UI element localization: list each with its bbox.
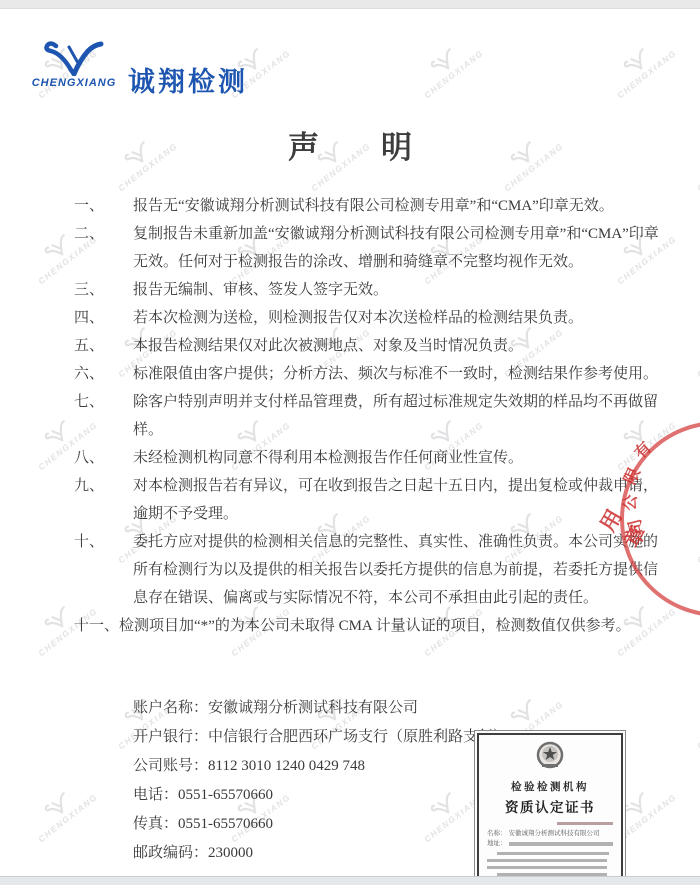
statement-number: 七、 bbox=[74, 388, 133, 444]
logo-chinese-text: 诚翔检测 bbox=[128, 60, 248, 99]
contact-value: 0551-65570660 bbox=[178, 816, 273, 832]
watermark-v-icon bbox=[42, 232, 76, 264]
chengxiang-watermark: CHENGXIANG bbox=[674, 305, 700, 387]
certificate-text-bar bbox=[497, 852, 609, 856]
statement-text: 本报告检测结果仅对此次被测地点、对象及当时情况负责。 bbox=[133, 332, 663, 360]
statement-item: 三、 报告无编制、审核、签发人签字无效。 bbox=[74, 276, 663, 304]
statement-number: 五、 bbox=[74, 332, 133, 360]
statement-item: 五、 本报告检测结果仅对此次被测地点、对象及当时情况负责。 bbox=[74, 332, 663, 360]
certificate-address-label: 地址： bbox=[487, 840, 507, 848]
statement-text: 对本检测报告若有异议，可在收到报告之日起十五日内，提出复检或仲裁申请，逾期不予受… bbox=[133, 472, 663, 528]
statement-item: 六、 标准限值由客户提供；分析方法、频次与标准不一致时，检测结果作参考使用。 bbox=[74, 360, 663, 388]
national-emblem-icon bbox=[536, 741, 564, 771]
certificate-subtitle: 检验检测机构 bbox=[479, 779, 621, 794]
certificate-name-value: 安徽诚翔分析测试科技有限公司 bbox=[509, 830, 600, 838]
contact-row: 账户名称：安徽诚翔分析测试科技有限公司 bbox=[133, 694, 508, 723]
contact-value: 中信银行合肥西环广场支行（原胜利路支行） bbox=[208, 729, 508, 745]
statement-number: 六、 bbox=[74, 360, 133, 388]
contact-label: 传真： bbox=[133, 816, 178, 832]
certificate-title: 资质认定证书 bbox=[479, 796, 621, 816]
watermark-v-icon bbox=[508, 697, 542, 729]
page-top-edge bbox=[0, 0, 700, 9]
certificate-name-label: 名称： bbox=[487, 830, 507, 838]
statement-number: 一、 bbox=[74, 192, 133, 220]
watermark-v-icon bbox=[42, 604, 76, 636]
qualification-certificate: 检验检测机构 资质认定证书 名称： 安徽诚翔分析测试科技有限公司 地址： bbox=[474, 730, 626, 880]
certificate-name-field: 名称： 安徽诚翔分析测试科技有限公司 bbox=[487, 830, 613, 838]
contact-row: 邮政编码：230000 bbox=[133, 839, 508, 868]
contact-value: 8112 3010 1240 0429 748 bbox=[208, 758, 365, 774]
watermark-v-icon bbox=[42, 418, 76, 450]
statement-text: 检测项目加“*”的为本公司未取得 CMA 计量认证的项目，检测数值仅供参考。 bbox=[119, 612, 663, 640]
statement-text: 除客户特别声明并支付样品管理费，所有超过标准规定失效期的样品均不再做留样。 bbox=[133, 388, 663, 444]
contact-row: 公司账号：8112 3010 1240 0429 748 bbox=[133, 752, 508, 781]
watermark-v-icon bbox=[621, 46, 655, 78]
chengxiang-watermark: CHENGXIANG bbox=[674, 491, 700, 573]
contact-value: 安徽诚翔分析测试科技有限公司 bbox=[208, 700, 418, 716]
statement-text: 复制报告未重新加盖“安徽诚翔分析测试科技有限公司检测专用章”和“CMA”印章无效… bbox=[133, 220, 663, 276]
certificate-number-bar bbox=[557, 822, 613, 825]
statement-number: 九、 bbox=[74, 472, 133, 528]
statement-number: 八、 bbox=[74, 444, 133, 472]
logo-v-icon bbox=[42, 40, 106, 76]
certificate-address-field: 地址： bbox=[487, 840, 613, 848]
statement-text: 标准限值由客户提供；分析方法、频次与标准不一致时，检测结果作参考使用。 bbox=[133, 360, 663, 388]
contact-row: 电话：0551-65570660 bbox=[133, 781, 508, 810]
statement-text: 报告无“安徽诚翔分析测试科技有限公司检测专用章”和“CMA”印章无效。 bbox=[133, 192, 663, 220]
statement-item: 九、 对本检测报告若有异议，可在收到报告之日起十五日内，提出复检或仲裁申请，逾期… bbox=[74, 472, 663, 528]
page-title: 声 明 bbox=[0, 122, 700, 167]
chengxiang-watermark: CHENGXIANG bbox=[674, 677, 700, 759]
certificate-frame: 检验检测机构 资质认定证书 名称： 安徽诚翔分析测试科技有限公司 地址： bbox=[477, 733, 623, 878]
statement-item: 二、 复制报告未重新加盖“安徽诚翔分析测试科技有限公司检测专用章”和“CMA”印… bbox=[74, 220, 663, 276]
statement-list: 一、 报告无“安徽诚翔分析测试科技有限公司检测专用章”和“CMA”印章无效。 二… bbox=[74, 192, 663, 640]
watermark-v-icon bbox=[621, 790, 655, 822]
contact-label: 电话： bbox=[133, 787, 178, 803]
contact-label: 开户银行： bbox=[133, 729, 208, 745]
certificate-address-bar bbox=[509, 842, 614, 846]
contact-info: 账户名称：安徽诚翔分析测试科技有限公司 开户银行：中信银行合肥西环广场支行（原胜… bbox=[133, 694, 508, 868]
statement-item: 一、 报告无“安徽诚翔分析测试科技有限公司检测专用章”和“CMA”印章无效。 bbox=[74, 192, 663, 220]
statement-text: 未经检测机构同意不得利用本检测报告作任何商业性宣传。 bbox=[133, 444, 663, 472]
statement-number: 十、 bbox=[74, 528, 133, 612]
chengxiang-watermark: CHENGXIANG bbox=[401, 26, 495, 108]
statement-text: 报告无编制、审核、签发人签字无效。 bbox=[133, 276, 663, 304]
company-logo: CHENGXIANG bbox=[22, 40, 126, 89]
contact-label: 账户名称： bbox=[133, 700, 208, 716]
statement-item: 十一、 检测项目加“*”的为本公司未取得 CMA 计量认证的项目，检测数值仅供参… bbox=[74, 612, 663, 640]
certificate-text-bar bbox=[487, 866, 607, 870]
statement-number: 十一、 bbox=[74, 612, 119, 640]
certificate-text-bar bbox=[487, 859, 607, 863]
contact-value: 230000 bbox=[208, 845, 253, 861]
contact-label: 公司账号： bbox=[133, 758, 208, 774]
statement-number: 三、 bbox=[74, 276, 133, 304]
contact-row: 传真：0551-65570660 bbox=[133, 810, 508, 839]
statement-text: 若本次检测为送检，则检测报告仅对本次送检样品的检测结果负责。 bbox=[133, 304, 663, 332]
statement-text: 委托方应对提供的检测相关信息的完整性、真实性、准确性负责。本公司实施的所有检测行… bbox=[133, 528, 663, 612]
statement-number: 二、 bbox=[74, 220, 133, 276]
contact-value: 0551-65570660 bbox=[178, 787, 273, 803]
chengxiang-watermark: CHENGXIANG bbox=[594, 26, 688, 108]
statement-item: 四、 若本次检测为送检，则检测报告仅对本次送检样品的检测结果负责。 bbox=[74, 304, 663, 332]
page-bottom-edge bbox=[0, 876, 700, 885]
watermark-v-icon bbox=[428, 46, 462, 78]
statement-item: 七、 除客户特别声明并支付样品管理费，所有超过标准规定失效期的样品均不再做留样。 bbox=[74, 388, 663, 444]
statement-item: 八、 未经检测机构同意不得利用本检测报告作任何商业性宣传。 bbox=[74, 444, 663, 472]
watermark-v-icon bbox=[42, 790, 76, 822]
chengxiang-watermark: CHENGXIANG bbox=[15, 770, 109, 852]
contact-row: 开户银行：中信银行合肥西环广场支行（原胜利路支行） bbox=[133, 723, 508, 752]
logo-latin-text: CHENGXIANG bbox=[22, 77, 126, 89]
statement-item: 十、 委托方应对提供的检测相关信息的完整性、真实性、准确性负责。本公司实施的所有… bbox=[74, 528, 663, 612]
contact-label: 邮政编码： bbox=[133, 845, 208, 861]
statement-number: 四、 bbox=[74, 304, 133, 332]
